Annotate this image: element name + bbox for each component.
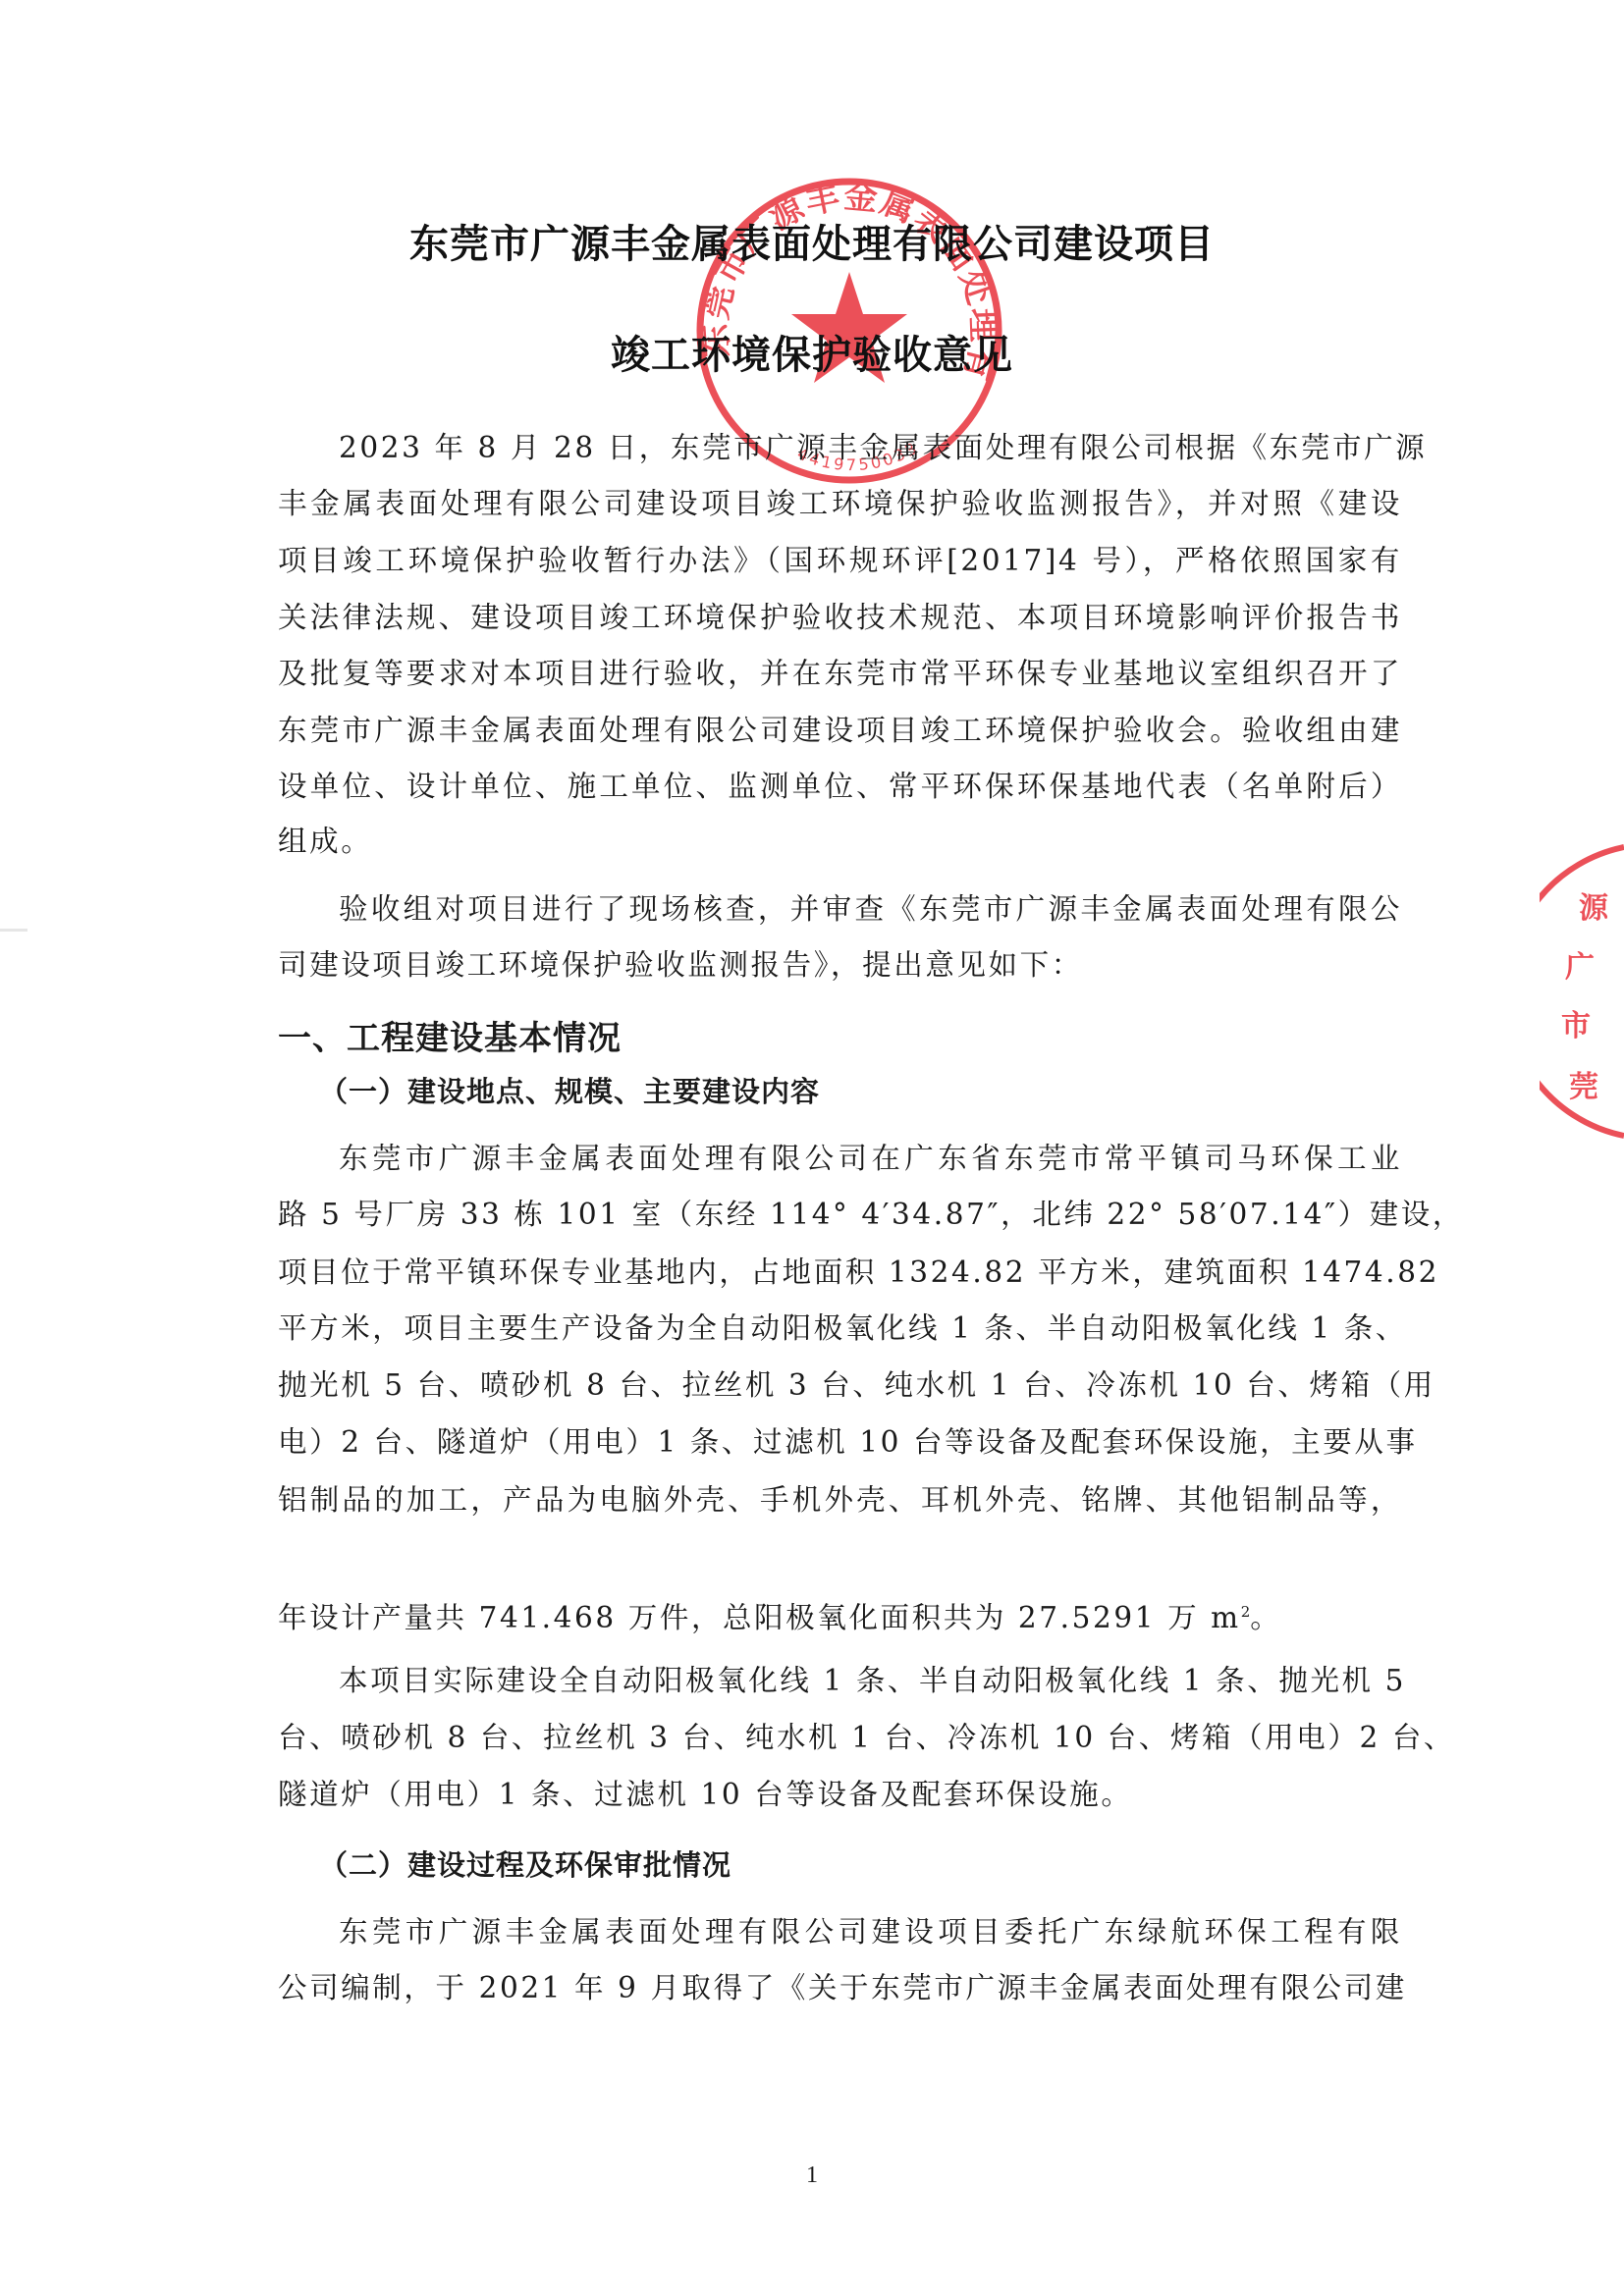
paragraph-line: 项目竣工环境保护验收暂行办法》（国环规环评[2017]4 号），严格依照国家有 (278, 541, 1402, 580)
paragraph-line: 路 5 号厂房 33 栋 101 室（东经 114° 4′34.87″，北纬 2… (278, 1195, 1402, 1234)
paragraph-line: 丰金属表面处理有限公司建设项目竣工环境保护验收监测报告》，并对照《建设 (278, 484, 1402, 523)
paragraph-line: 东莞市广源丰金属表面处理有限公司建设项目竣工环境保护验收会。验收组由建 (278, 711, 1402, 750)
partial-seal-icon: 源 广 市 莞 (1540, 839, 1624, 1144)
paragraph-line: 铝制品的加工，产品为电脑外壳、手机外壳、耳机外壳、铭牌、其他铝制品等， (278, 1480, 1402, 1520)
paragraph-line: 项目位于常平镇环保专业基地内，占地面积 1324.82 平方米，建筑面积 147… (278, 1253, 1402, 1292)
paragraph-line: 设单位、设计单位、施工单位、监测单位、常平环保环保基地代表（名单附后） (278, 767, 1402, 806)
paragraph-line: 年设计产量共 741.468 万件，总阳极氧化面积共为 27.5291 万 m2… (278, 1592, 1402, 1637)
paragraph-line: 台、喷砂机 8 台、拉丝机 3 台、纯水机 1 台、冷冻机 10 台、烤箱（用电… (278, 1718, 1402, 1757)
superscript: 2 (1241, 1603, 1251, 1621)
document-page: 东莞市广源丰金属表面处理有限公司 4419750033 源 广 市 莞 东莞市广… (0, 0, 1624, 2296)
paragraph-line: 公司编制，于 2021 年 9 月取得了《关于东莞市广源丰金属表面处理有限公司建 (278, 1968, 1402, 2007)
scan-edge-mark (0, 929, 27, 932)
subsection-heading: （二）建设过程及环保审批情况 (319, 1843, 731, 1884)
paragraph-line: 2023 年 8 月 28 日，东莞市广源丰金属表面处理有限公司根据《东莞市广源 (339, 428, 1402, 467)
paragraph-line: 本项目实际建设全自动阳极氧化线 1 条、半自动阳极氧化线 1 条、抛光机 5 (339, 1661, 1402, 1700)
paragraph-line: 电）2 台、隧道炉（用电）1 条、过滤机 10 台等设备及配套环保设施，主要从事 (278, 1422, 1402, 1462)
paragraph-line: 隧道炉（用电）1 条、过滤机 10 台等设备及配套环保设施。 (278, 1775, 1402, 1814)
svg-text:莞: 莞 (1569, 1070, 1598, 1104)
subsection-heading: （一）建设地点、规模、主要建设内容 (319, 1070, 820, 1110)
paragraph-line: 关法律法规、建设项目竣工环境保护验收技术规范、本项目环境影响评价报告书 (278, 598, 1402, 637)
paragraph-line: 东莞市广源丰金属表面处理有限公司建设项目委托广东绿航环保工程有限 (339, 1912, 1402, 1951)
paragraph-line: 抛光机 5 台、喷砂机 8 台、拉丝机 3 台、纯水机 1 台、冷冻机 10 台… (278, 1365, 1402, 1405)
page-number: 1 (0, 2163, 1624, 2189)
svg-text:广: 广 (1565, 950, 1595, 985)
paragraph-line: 验收组对项目进行了现场核查，并审查《东莞市广源丰金属表面处理有限公 (339, 889, 1402, 929)
document-title-line1: 东莞市广源丰金属表面处理有限公司建设项目 (0, 213, 1624, 269)
paragraph-line: 及批复等要求对本项目进行验收，并在东莞市常平环保专业基地议室组织召开了 (278, 654, 1402, 693)
svg-text:市: 市 (1561, 1009, 1591, 1043)
svg-text:源: 源 (1579, 891, 1609, 926)
paragraph-line: 组成。 (278, 822, 1402, 861)
section-heading: 一、工程建设基本情况 (278, 1011, 622, 1059)
paragraph-line: 平方米，项目主要生产设备为全自动阳极氧化线 1 条、半自动阳极氧化线 1 条、 (278, 1308, 1402, 1348)
paragraph-line: 东莞市广源丰金属表面处理有限公司在广东省东莞市常平镇司马环保工业 (339, 1139, 1402, 1178)
document-title-line2: 竣工环境保护验收意见 (0, 324, 1624, 380)
paragraph-line: 司建设项目竣工环境保护验收监测报告》，提出意见如下： (278, 945, 1402, 985)
